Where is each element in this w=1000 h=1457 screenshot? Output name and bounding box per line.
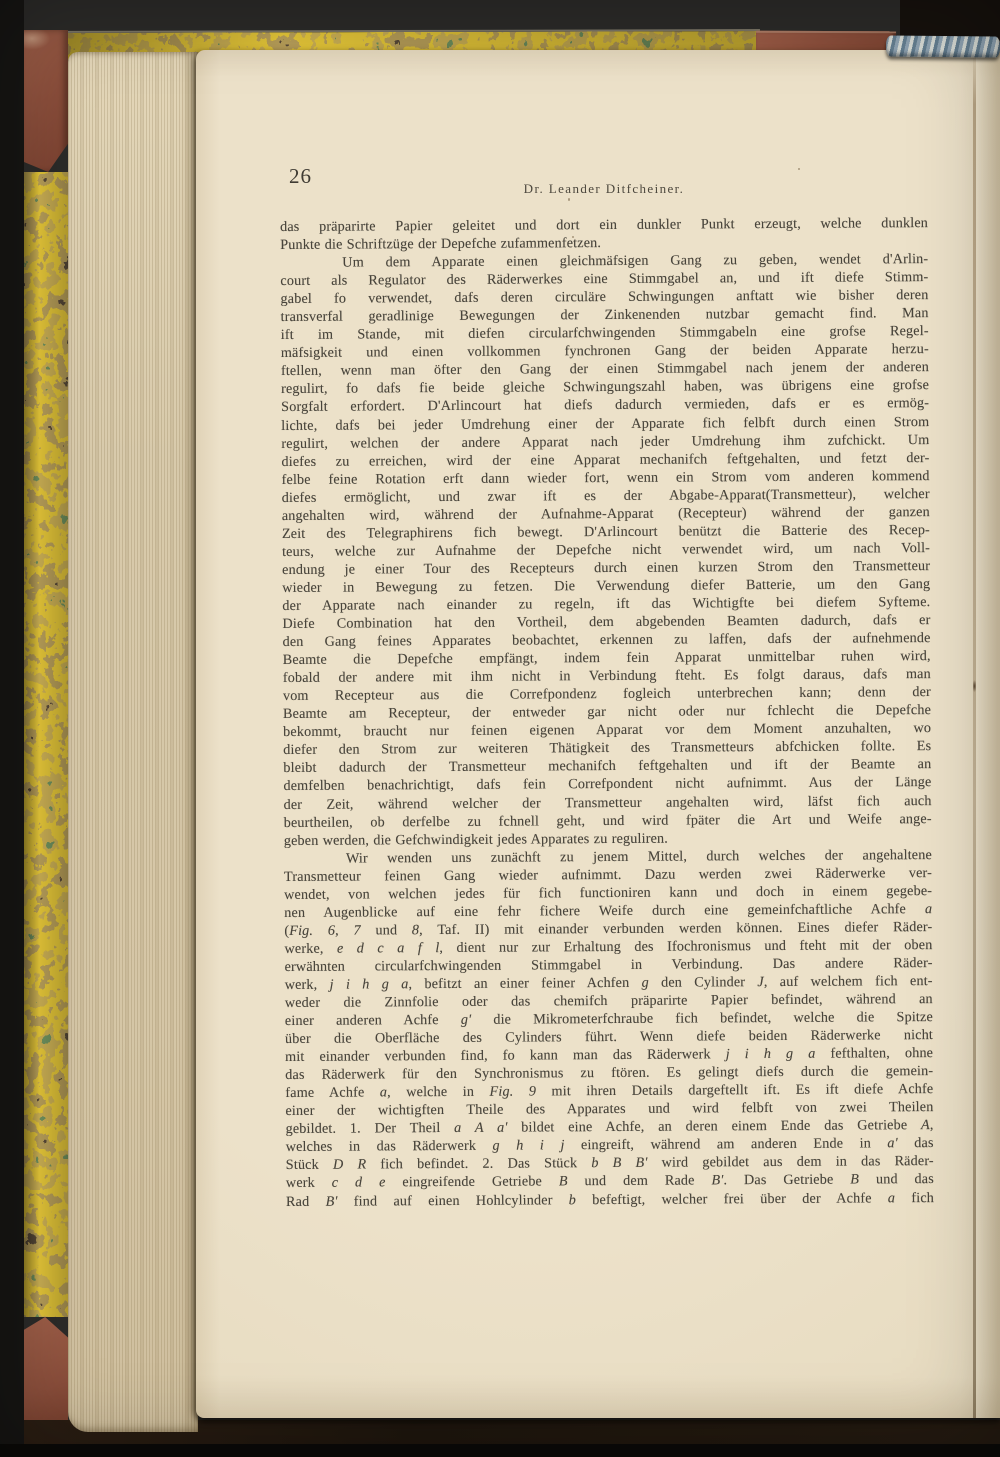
marbled-paper-side: [24, 172, 68, 1317]
paper-speck: [568, 198, 570, 201]
leather-corner-top: [24, 30, 68, 172]
photo-background-left: [0, 0, 24, 1457]
book-page: 26 Dr. Leander Ditfcheiner. das präparir…: [196, 50, 1000, 1418]
marbled-paper-texture: [24, 172, 68, 1317]
photo-background-bottom: [0, 1444, 1000, 1457]
photo-background-top-right: [900, 0, 1000, 40]
facing-page-sliver: [976, 50, 1000, 1418]
headband: [886, 35, 1000, 57]
text-line: Rad B' find auf einen Hohlcylinder b bef…: [286, 1189, 934, 1211]
book-cover-left-edge: [24, 30, 68, 1445]
body-text: das präparirte Papier geleitet und dort …: [280, 214, 934, 1211]
scanned-book-photo: 26 Dr. Leander Ditfcheiner. das präparir…: [0, 0, 1000, 1457]
running-header: Dr. Leander Ditfcheiner.: [280, 181, 928, 197]
stacked-page-edges: [68, 52, 198, 1432]
paper-speck: [798, 168, 800, 170]
